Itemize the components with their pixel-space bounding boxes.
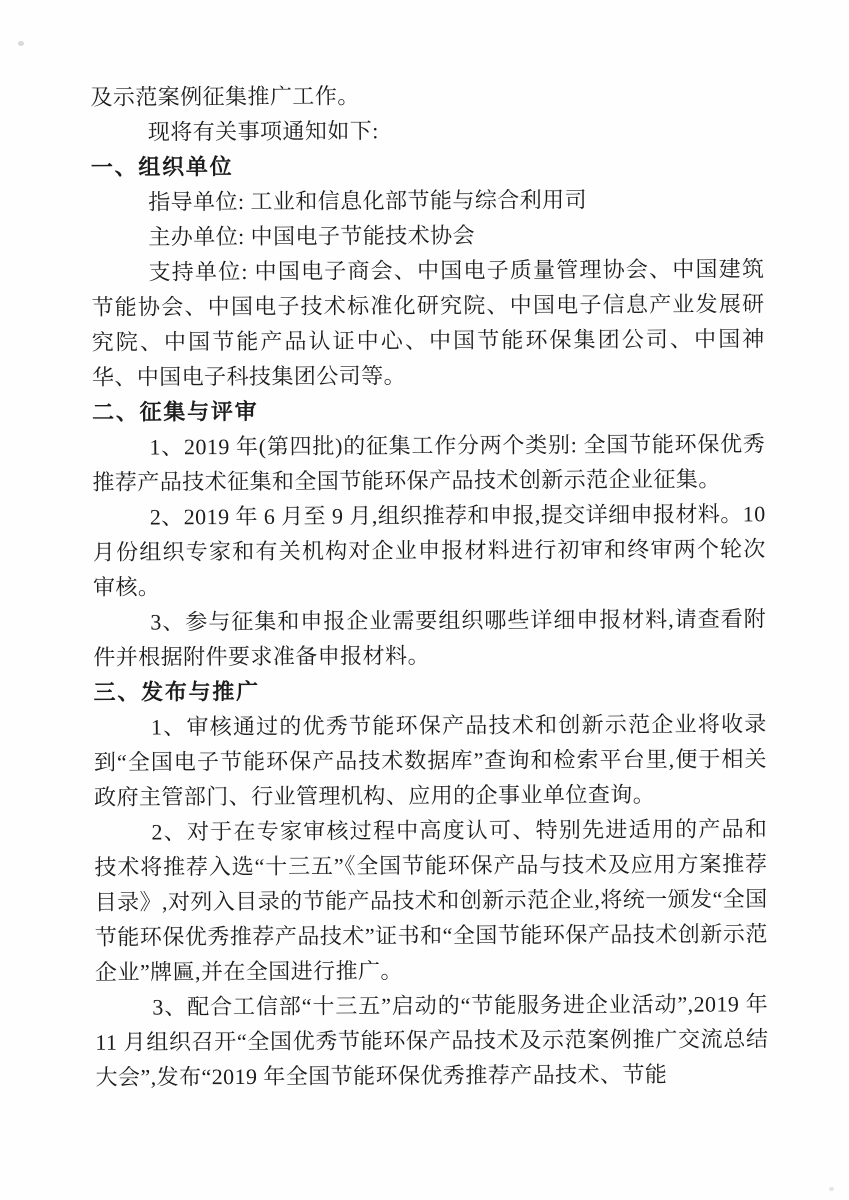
scan-speck	[829, 1187, 834, 1191]
section-3-item-2: 2、对于在专家审核过程中高度认可、特别先进适用的产品和技术将推荐入选“十三五”《…	[94, 811, 768, 990]
section-3-item-1: 1、审核通过的优秀节能环保产品技术和创新示范企业将收录到“全国电子节能环保产品技…	[94, 706, 768, 815]
scanned-document-page: 及示范案例征集推广工作。 现将有关事项通知如下: 一、组织单位 指导单位: 工业…	[0, 0, 849, 1200]
section-2-heading: 二、征集与评审	[92, 391, 765, 430]
document-body: 及示范案例征集推广工作。 现将有关事项通知如下: 一、组织单位 指导单位: 工业…	[90, 76, 768, 1095]
continuation-line: 及示范案例征集推广工作。	[90, 76, 763, 115]
guiding-unit-line: 指导单位: 工业和信息化部节能与综合利用司	[91, 181, 764, 220]
section-1-heading: 一、组织单位	[91, 146, 764, 185]
section-3-heading: 三、发布与推广	[93, 671, 766, 710]
notice-intro-line: 现将有关事项通知如下:	[91, 111, 764, 150]
scan-speck	[18, 41, 24, 46]
support-units-paragraph: 支持单位: 中国电子商会、中国电子质量管理协会、中国建筑节能协会、中国电子技术标…	[91, 251, 765, 395]
section-3-item-3: 3、配合工信部“十三五”启动的“节能服务进企业活动”,2019 年 11 月组织…	[95, 986, 769, 1095]
section-2-item-2: 2、2019 年 6 月至 9 月,组织推荐和申报,提交详细申报材料。10 月份…	[93, 496, 767, 605]
section-2-item-1: 1、2019 年(第四批)的征集工作分两个类别: 全国节能环保优秀推荐产品技术征…	[92, 426, 765, 500]
host-unit-line: 主办单位: 中国电子节能技术协会	[91, 216, 764, 255]
section-2-item-3: 3、参与征集和申报企业需要组织哪些详细申报材料,请查看附件并根据附件要求准备申报…	[93, 601, 766, 675]
